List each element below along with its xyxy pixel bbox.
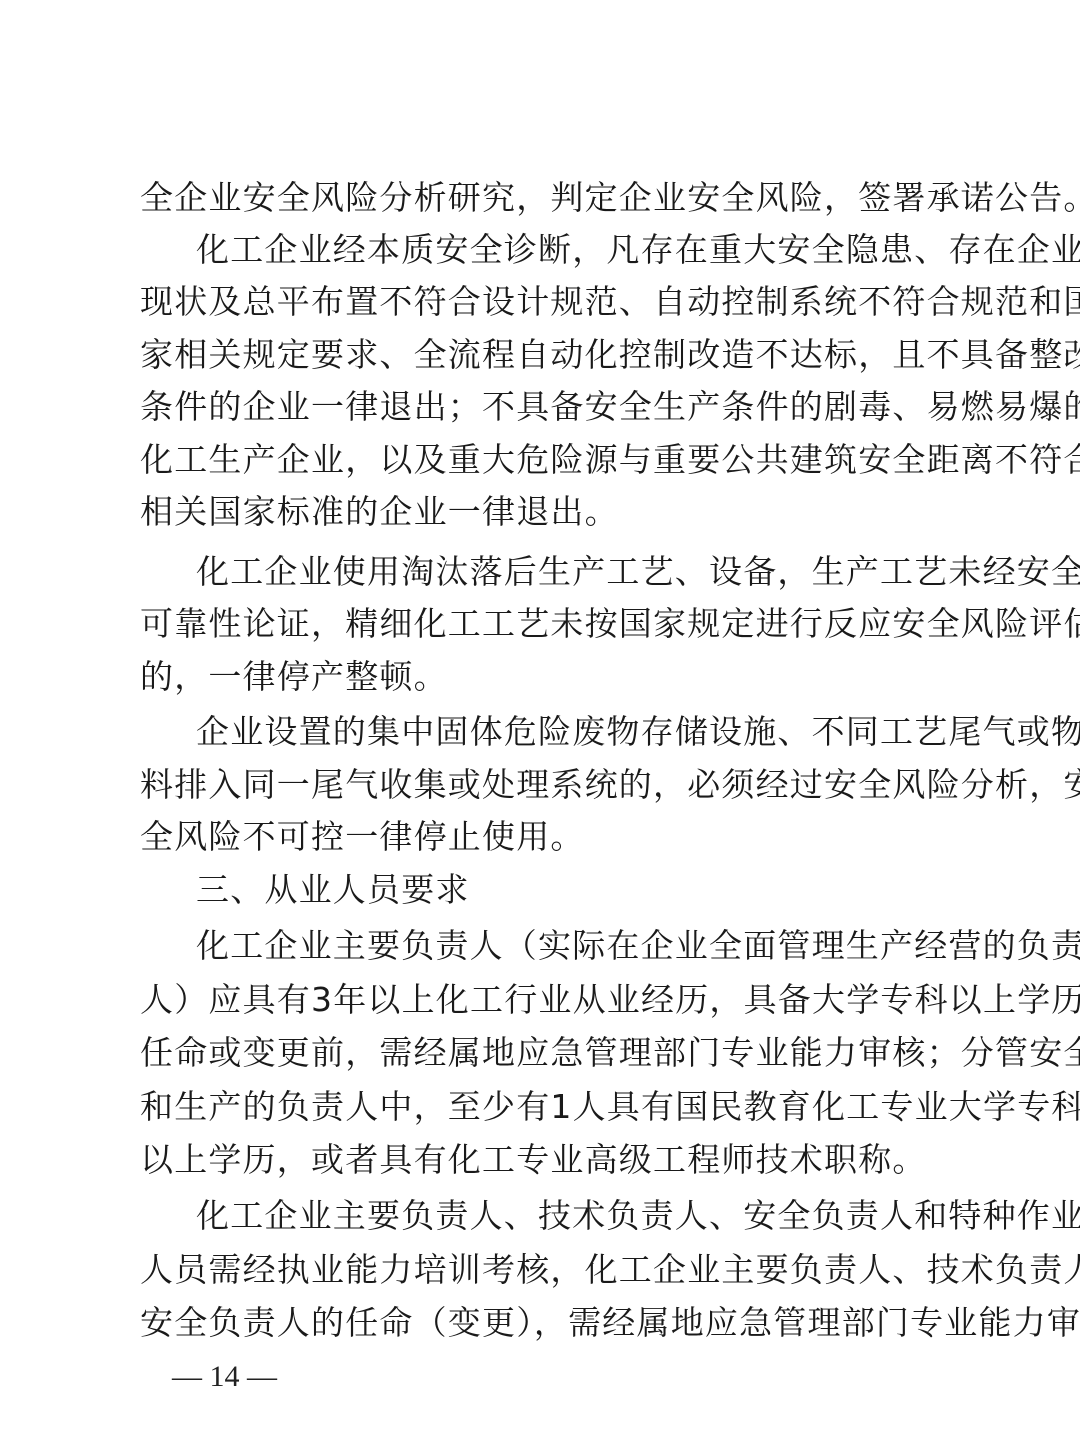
text-line: 人员需经执业能力培训考核，化工企业主要负责人、技术负责人、 [140, 1244, 942, 1296]
text-line: 人）应具有3年以上化工行业从业经历，具备大学专科以上学历， [140, 974, 942, 1026]
text-line: 全企业安全风险分析研究，判定企业安全风险，签署承诺公告。 [140, 172, 942, 224]
text-line: 安全负责人的任命（变更），需经属地应急管理部门专业能力审 [140, 1297, 942, 1349]
text-line: 和生产的负责人中，至少有1人具有国民教育化工专业大学专科 [140, 1081, 942, 1133]
text-line: 任命或变更前，需经属地应急管理部门专业能力审核；分管安全 [140, 1027, 942, 1079]
text-line: 的，一律停产整顿。 [140, 651, 942, 703]
text-line: 条件的企业一律退出；不具备安全生产条件的剧毒、易燃易爆的 [140, 381, 942, 433]
text-line: 现状及总平布置不符合设计规范、自动控制系统不符合规范和国 [140, 276, 942, 328]
paragraph-first-line: 化工企业主要负责人、技术负责人、安全负责人和特种作业 [196, 1190, 942, 1242]
page-number: — 14 — [172, 1360, 277, 1394]
text-line: 化工生产企业，以及重大危险源与重要公共建筑安全距离不符合 [140, 434, 942, 486]
paragraph-first-line: 化工企业主要负责人（实际在企业全面管理生产经营的负责 [196, 920, 942, 972]
text-line: 家相关规定要求、全流程自动化控制改造不达标，且不具备整改 [140, 329, 942, 381]
paragraph-first-line: 化工企业经本质安全诊断，凡存在重大安全隐患、存在企业 [196, 224, 942, 276]
text-line: 可靠性论证，精细化工工艺未按国家规定进行反应安全风险评估 [140, 598, 942, 650]
text-line: 相关国家标准的企业一律退出。 [140, 486, 942, 538]
text-line: 以上学历，或者具有化工专业高级工程师技术职称。 [140, 1134, 942, 1186]
text-line: 全风险不可控一律停止使用。 [140, 811, 942, 863]
section-heading: 三、从业人员要求 [196, 864, 942, 916]
paragraph-first-line: 化工企业使用淘汰落后生产工艺、设备，生产工艺未经安全 [196, 546, 942, 598]
paragraph-first-line: 企业设置的集中固体危险废物存储设施、不同工艺尾气或物 [196, 706, 942, 758]
text-line: 料排入同一尾气收集或处理系统的，必须经过安全风险分析，安 [140, 759, 942, 811]
document-page: 全企业安全风险分析研究，判定企业安全风险，签署承诺公告。 化工企业经本质安全诊断… [0, 0, 1080, 1450]
